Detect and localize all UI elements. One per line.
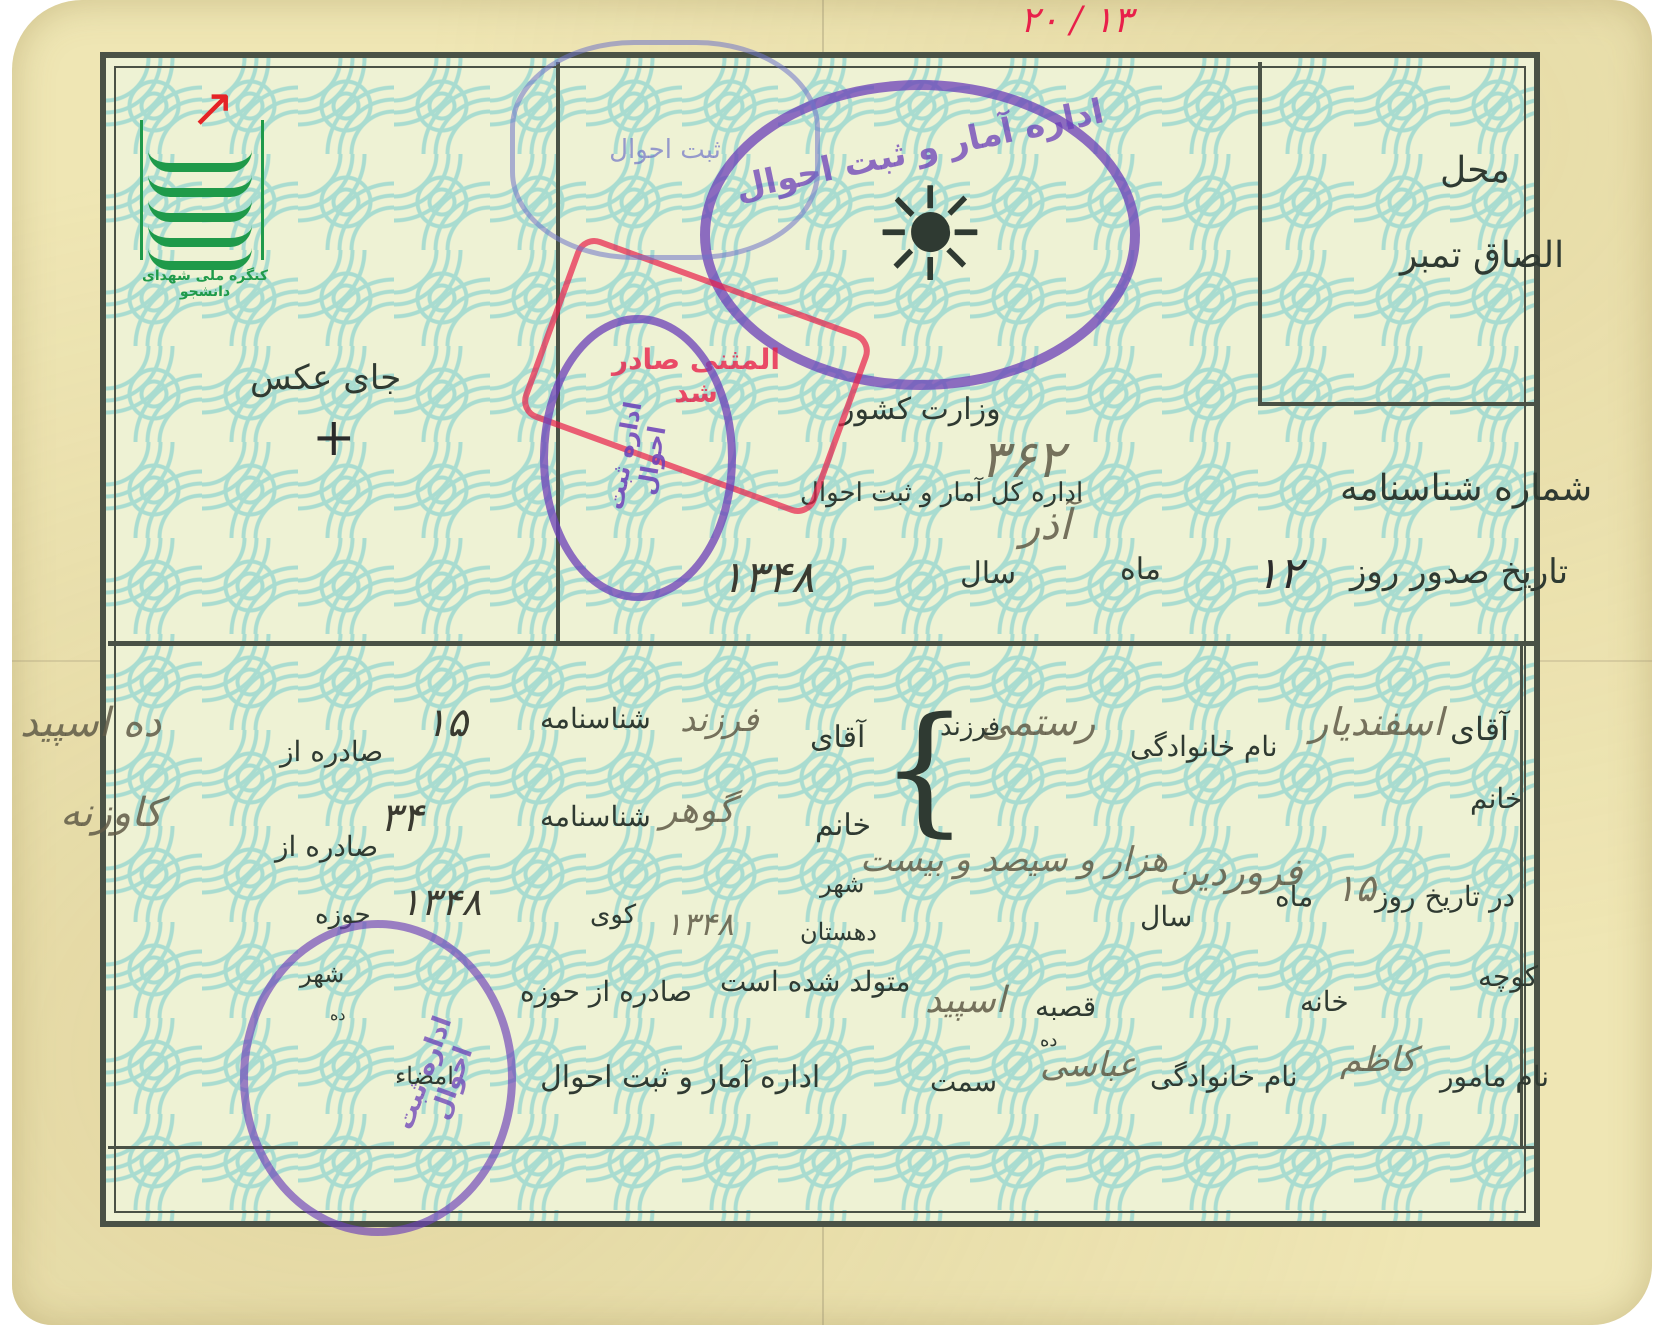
issue-year-value: ۱۳۴۸ xyxy=(720,552,815,603)
officer-family-value: عباسی xyxy=(1040,1045,1138,1085)
purple-bottom-stamp-text: اداره ثبت احوال xyxy=(386,1002,490,1154)
leaf-icon xyxy=(148,150,252,172)
stamp-box-left xyxy=(1258,62,1262,404)
town-value: اسپید xyxy=(925,980,1006,1021)
birth-day-value: ۱۵ xyxy=(1335,866,1376,910)
issue-day-value: ۱۲ xyxy=(1255,548,1302,599)
mother-cert-value: ۳۴ xyxy=(380,795,423,841)
blue-stamp-top: ثبت احوال xyxy=(510,40,820,260)
issued-from-hoze-label: صادره از حوزه xyxy=(520,975,692,1008)
father-issued-from-value: ده اسپید xyxy=(20,700,161,746)
photo-place-label: جای عکس xyxy=(250,358,401,398)
father-cert-value: ۱۵ xyxy=(425,700,468,746)
stamp-box-bottom xyxy=(1258,402,1534,406)
office-label: اداره آمار و ثبت احوال xyxy=(540,1060,820,1095)
issue-month-value: آذر xyxy=(1020,500,1071,549)
hoze-value: ۱۳۴۸ xyxy=(400,880,482,924)
officer-name-label: نام مامور xyxy=(1440,1060,1549,1093)
child-name-value: اسفندیار xyxy=(1310,700,1444,744)
ministry-title: وزارت کشور xyxy=(840,392,1001,427)
issue-date-label: تاریخ صدور روز xyxy=(1350,552,1568,592)
photo-cross-mark: + xyxy=(312,408,356,468)
leaf-icon xyxy=(148,225,252,247)
leaf-icon xyxy=(148,175,252,197)
id-number-label: شماره شناسنامه xyxy=(1340,468,1592,509)
student-martyrs-congress-logo: ↗ کنگره ملی شهدای دانشجو xyxy=(130,80,280,290)
birth-year-label: سال xyxy=(1140,900,1192,933)
issue-month-label: ماه xyxy=(1120,552,1161,587)
top-handwritten-annotation: ۲۰ / ۱۳ xyxy=(1020,0,1132,41)
birth-month-value: فروردین xyxy=(1170,850,1302,894)
kuy-label: کوی xyxy=(590,900,636,930)
mother-label: خانم xyxy=(815,808,871,843)
born-label: متولد شده است xyxy=(720,965,911,998)
issue-year-label: سال xyxy=(960,556,1016,591)
mother-issued-from-label: صادره از xyxy=(275,830,378,863)
alley-label: کوچه xyxy=(1478,960,1538,993)
stamp-place-label-2: الصاق تمبر xyxy=(1400,235,1564,276)
town-label: قصبه xyxy=(1035,990,1096,1023)
blue-stamp-text: ثبت احوال xyxy=(609,135,721,165)
position-label: سمت xyxy=(930,1065,997,1098)
birth-date-label: در تاریخ روز xyxy=(1375,880,1515,913)
logo-caption: کنگره ملی شهدای دانشجو xyxy=(130,268,280,300)
house-label: خانه xyxy=(1300,985,1349,1018)
district-value: ۱۳۴۸ xyxy=(665,905,734,943)
purple-round-stamp-top: اداره ثبت احوال xyxy=(540,315,736,601)
family-name-label: نام خانوادگی xyxy=(1130,730,1278,763)
father-label: آقای xyxy=(810,720,865,755)
father-issued-from-label: صادره از xyxy=(280,735,383,768)
leaf-icon xyxy=(148,200,252,222)
mrs-label: خانم xyxy=(1470,782,1522,815)
mother-issued-from-value: کاوزنه xyxy=(60,790,162,836)
stamp-place-label-1: محل xyxy=(1440,150,1510,191)
birth-year-value: هزار و سیصد و بیست xyxy=(860,840,1168,880)
purple-round-stamp-bottom: اداره ثبت احوال xyxy=(240,920,516,1236)
father-name-value: فرزند xyxy=(680,700,759,740)
mr-label: آقای xyxy=(1450,710,1509,748)
leaf-icon xyxy=(148,248,252,270)
purple-top-stamp-text: اداره ثبت احوال xyxy=(595,365,681,552)
id-number-value: ۳۶۲ xyxy=(980,430,1064,490)
district-label: دهستان xyxy=(800,918,877,946)
mother-name-value: گوهر xyxy=(660,790,735,831)
officer-name-value: کاظم xyxy=(1340,1040,1416,1080)
city-label: شهر xyxy=(820,870,864,898)
brace: } xyxy=(880,700,969,840)
father-cert-label: شناسنامه xyxy=(540,702,651,735)
mother-cert-label: شناسنامه xyxy=(540,800,651,833)
divider-horizontal-middle xyxy=(108,641,1534,646)
officer-family-label: نام خانوادگی xyxy=(1150,1060,1298,1093)
